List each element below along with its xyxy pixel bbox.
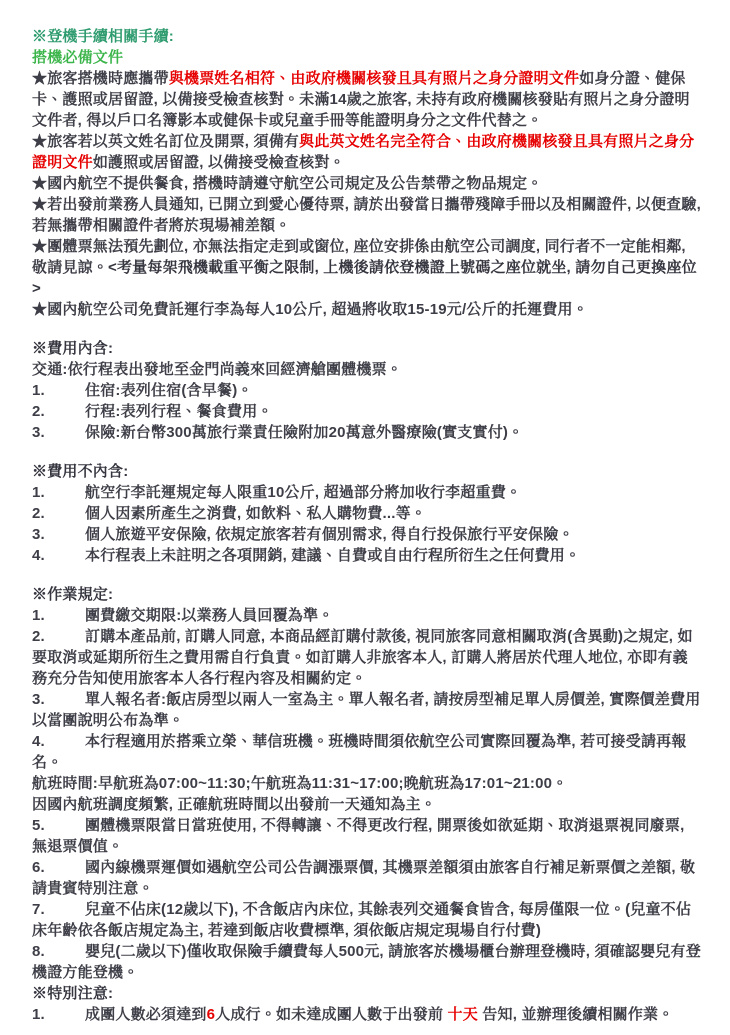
text-run: ★若出發前業務人員通知, 已開立到愛心優待票, 請於出發當日攜帶殘障手冊以及相關… xyxy=(32,196,701,234)
operation-rules-heading: ※作業規定: xyxy=(32,584,702,605)
list-item: 4.本行程適用於搭乘立榮、華信班機。班機時間須依航空公司實際回覆為準, 若可接受… xyxy=(32,731,702,773)
list-item: 4.本行程表上未註明之各項開銷, 建議、自費或自由行程所衍生之任何費用。 xyxy=(32,545,702,566)
list-item: 2.訂購本產品前, 訂購人同意, 本商品經訂購付款後, 視同旅客同意相關取消(含… xyxy=(32,626,702,689)
list-item: 8.嬰兒(二歲以下)僅收取保險手續費每人500元, 請旅客於機場櫃台辦理登機時,… xyxy=(32,941,702,983)
text-run: ★國內航空不提供餐食, 搭機時請遵守航空公司規定及公告禁帶之物品規定。 xyxy=(32,175,542,192)
text-run: 團費繳交期限:以業務人員回覆為準。 xyxy=(85,607,333,624)
paragraph: 交通:依行程表出發地至金門尚義來回經濟艙團體機票。 xyxy=(32,359,702,380)
text-run: ★旅客若以英文姓名訂位及開票, 須備有 xyxy=(32,133,299,150)
list-item: 1.航空行李託運規定每人限重10公斤, 超過部分將加收行李超重費。 xyxy=(32,482,702,503)
list-number: 1. xyxy=(32,380,85,401)
text-run: 成團人數必須達到 xyxy=(85,1006,207,1023)
fees-included-heading: ※費用內含: xyxy=(32,338,702,359)
list-item: 1.成團人數必須達到6人成行。如未達成團人數于出發前 十天 告知, 並辦理後續相… xyxy=(32,1004,702,1025)
text-run: 十天 xyxy=(448,1006,478,1023)
text-run: 本行程表上未註明之各項開銷, 建議、自費或自由行程所衍生之任何費用。 xyxy=(85,547,580,564)
star-note-paragraph: ★旅客若以英文姓名訂位及開票, 須備有與此英文姓名完全符合、由政府機關核發且具有… xyxy=(32,131,702,173)
fees-excluded-heading: ※費用不內含: xyxy=(32,461,702,482)
heading-text: ※特別注意: xyxy=(32,985,113,1002)
list-number: 2. xyxy=(32,401,85,422)
text-run: 嬰兒(二歲以下)僅收取保險手續費每人500元, 請旅客於機場櫃台辦理登機時, 須… xyxy=(32,943,701,981)
list-item: 1.團費繳交期限:以業務人員回覆為準。 xyxy=(32,605,702,626)
text-run: ★國內航空公司免費託運行李為每人10公斤, 超過將收取15-19元/公斤的托運費… xyxy=(32,301,588,318)
text-run: 人成行。如未達成團人數于出發前 xyxy=(215,1006,447,1023)
heading-text: ※登機手續相關手續: xyxy=(32,28,174,45)
list-item: 2.行程:表列行程、餐食費用。 xyxy=(32,401,702,422)
list-item: 6.國內線機票運價如遇航空公司公告調漲票價, 其機票差額須由旅客自行補足新票價之… xyxy=(32,857,702,899)
list-number: 4. xyxy=(32,731,85,752)
list-item: 7.兒童不佔床(12歲以下), 不含飯店內床位, 其餘表列交通餐食皆含, 每房僅… xyxy=(32,899,702,941)
list-number: 4. xyxy=(32,545,85,566)
text-run: 交通:依行程表出發地至金門尚義來回經濟艙團體機票。 xyxy=(32,361,402,378)
list-number: 3. xyxy=(32,689,85,710)
list-number: 7. xyxy=(32,899,85,920)
page: { "page": { "background": "#ffffff", "co… xyxy=(0,0,730,1035)
heading-text: ※費用內含: xyxy=(32,340,113,357)
text-run: 團體機票限當日當班使用, 不得轉讓、不得更改行程, 開票後如欲延期、取消退票視同… xyxy=(32,817,684,855)
list-number: 5. xyxy=(32,815,85,836)
list-item: 3.單人報名者:飯店房型以兩人一室為主。單人報名者, 請按房型補足單人房價差, … xyxy=(32,689,702,731)
list-item: 2.個人因素所產生之消費, 如飲料、私人購物費...等。 xyxy=(32,503,702,524)
text-run: 如護照或居留證, 以備接受檢查核對。 xyxy=(93,154,345,171)
text-run: 訂購本產品前, 訂購人同意, 本商品經訂購付款後, 視同旅客同意相關取消(含異動… xyxy=(32,628,693,687)
text-run: 本行程適用於搭乘立榮、華信班機。班機時間須依航空公司實際回覆為準, 若可接受請再… xyxy=(32,733,687,771)
list-number: 8. xyxy=(32,941,85,962)
list-number: 1. xyxy=(32,1004,85,1025)
heading-text: ※費用不內含: xyxy=(32,463,128,480)
heading-text: ※作業規定: xyxy=(32,586,113,603)
text-run: 保險:新台幣300萬旅行業責任險附加20萬意外醫療險(實支實付)。 xyxy=(85,424,523,441)
heading-text: 搭機必備文件 xyxy=(32,49,123,66)
terms-document: ※登機手續相關手續:搭機必備文件★旅客搭機時應攜帶與機票姓名相符、由政府機關核發… xyxy=(0,0,730,1035)
text-run: <考量每架飛機載重平衡之限制, 上機後請依登機證上號碼之座位就坐, 請勿自己更換… xyxy=(32,259,697,297)
text-run: 單人報名者:飯店房型以兩人一室為主。單人報名者, 請按房型補足單人房價差, 實際… xyxy=(32,691,700,729)
star-note-paragraph: ★國內航空公司免費託運行李為每人10公斤, 超過將收取15-19元/公斤的托運費… xyxy=(32,299,702,320)
special-notice-heading: ※特別注意: xyxy=(32,983,702,1004)
list-item: 3.個人旅遊平安保險, 依規定旅客若有個別需求, 得自行投保旅行平安保險。 xyxy=(32,524,702,545)
text-run: 個人因素所產生之消費, 如飲料、私人購物費...等。 xyxy=(85,505,426,522)
boarding-section-title: ※登機手續相關手續: xyxy=(32,26,702,47)
paragraph: 因國內航班調度頻繁, 正確航班時間以出發前一天通知為主。 xyxy=(32,794,702,815)
star-note-paragraph: ★若出發前業務人員通知, 已開立到愛心優待票, 請於出發當日攜帶殘障手冊以及相關… xyxy=(32,194,702,236)
paragraph: 航班時間:早航班為07:00~11:30;午航班為11:31~17:00;晚航班… xyxy=(32,773,702,794)
text-run: ★旅客搭機時應攜帶 xyxy=(32,70,169,87)
list-number: 3. xyxy=(32,422,85,443)
text-run: 6 xyxy=(207,1006,216,1023)
list-item: 1.住宿:表列住宿(含早餐)。 xyxy=(32,380,702,401)
star-note-paragraph: ★國內航空不提供餐食, 搭機時請遵守航空公司規定及公告禁帶之物品規定。 xyxy=(32,173,702,194)
text-run: 兒童不佔床(12歲以下), 不含飯店內床位, 其餘表列交通餐食皆含, 每房僅限一… xyxy=(32,901,691,939)
text-run: 告知, 並辦理後續相關作業。 xyxy=(478,1006,674,1023)
list-number: 6. xyxy=(32,857,85,878)
list-number: 2. xyxy=(32,503,85,524)
list-item: 3.保險:新台幣300萬旅行業責任險附加20萬意外醫療險(實支實付)。 xyxy=(32,422,702,443)
list-number: 2. xyxy=(32,626,85,647)
star-note-paragraph: ★旅客搭機時應攜帶與機票姓名相符、由政府機關核發且具有照片之身分證明文件如身分證… xyxy=(32,68,702,131)
text-run: 航空行李託運規定每人限重10公斤, 超過部分將加收行李超重費。 xyxy=(85,484,521,501)
list-item: 5.團體機票限當日當班使用, 不得轉讓、不得更改行程, 開票後如欲延期、取消退票… xyxy=(32,815,702,857)
text-run: 個人旅遊平安保險, 依規定旅客若有個別需求, 得自行投保旅行平安保險。 xyxy=(85,526,574,543)
text-run: 國內線機票運價如遇航空公司公告調漲票價, 其機票差額須由旅客自行補足新票價之差額… xyxy=(32,859,695,897)
list-number: 3. xyxy=(32,524,85,545)
text-run: 航班時間:早航班為07:00~11:30;午航班為11:31~17:00;晚航班… xyxy=(32,775,567,792)
text-run: 行程:表列行程、餐食費用。 xyxy=(85,403,273,420)
list-number: 1. xyxy=(32,605,85,626)
star-note-paragraph: ★團體票無法預先劃位, 亦無法指定走到或窗位, 座位安排係由航空公司調度, 同行… xyxy=(32,236,702,299)
text-run: 因國內航班調度頻繁, 正確航班時間以出發前一天通知為主。 xyxy=(32,796,436,813)
text-run: 住宿:表列住宿(含早餐)。 xyxy=(85,382,253,399)
list-number: 1. xyxy=(32,482,85,503)
text-run: 與機票姓名相符、由政府機關核發且具有照片之身分證明文件 xyxy=(169,70,579,87)
required-documents-subtitle: 搭機必備文件 xyxy=(32,47,702,68)
